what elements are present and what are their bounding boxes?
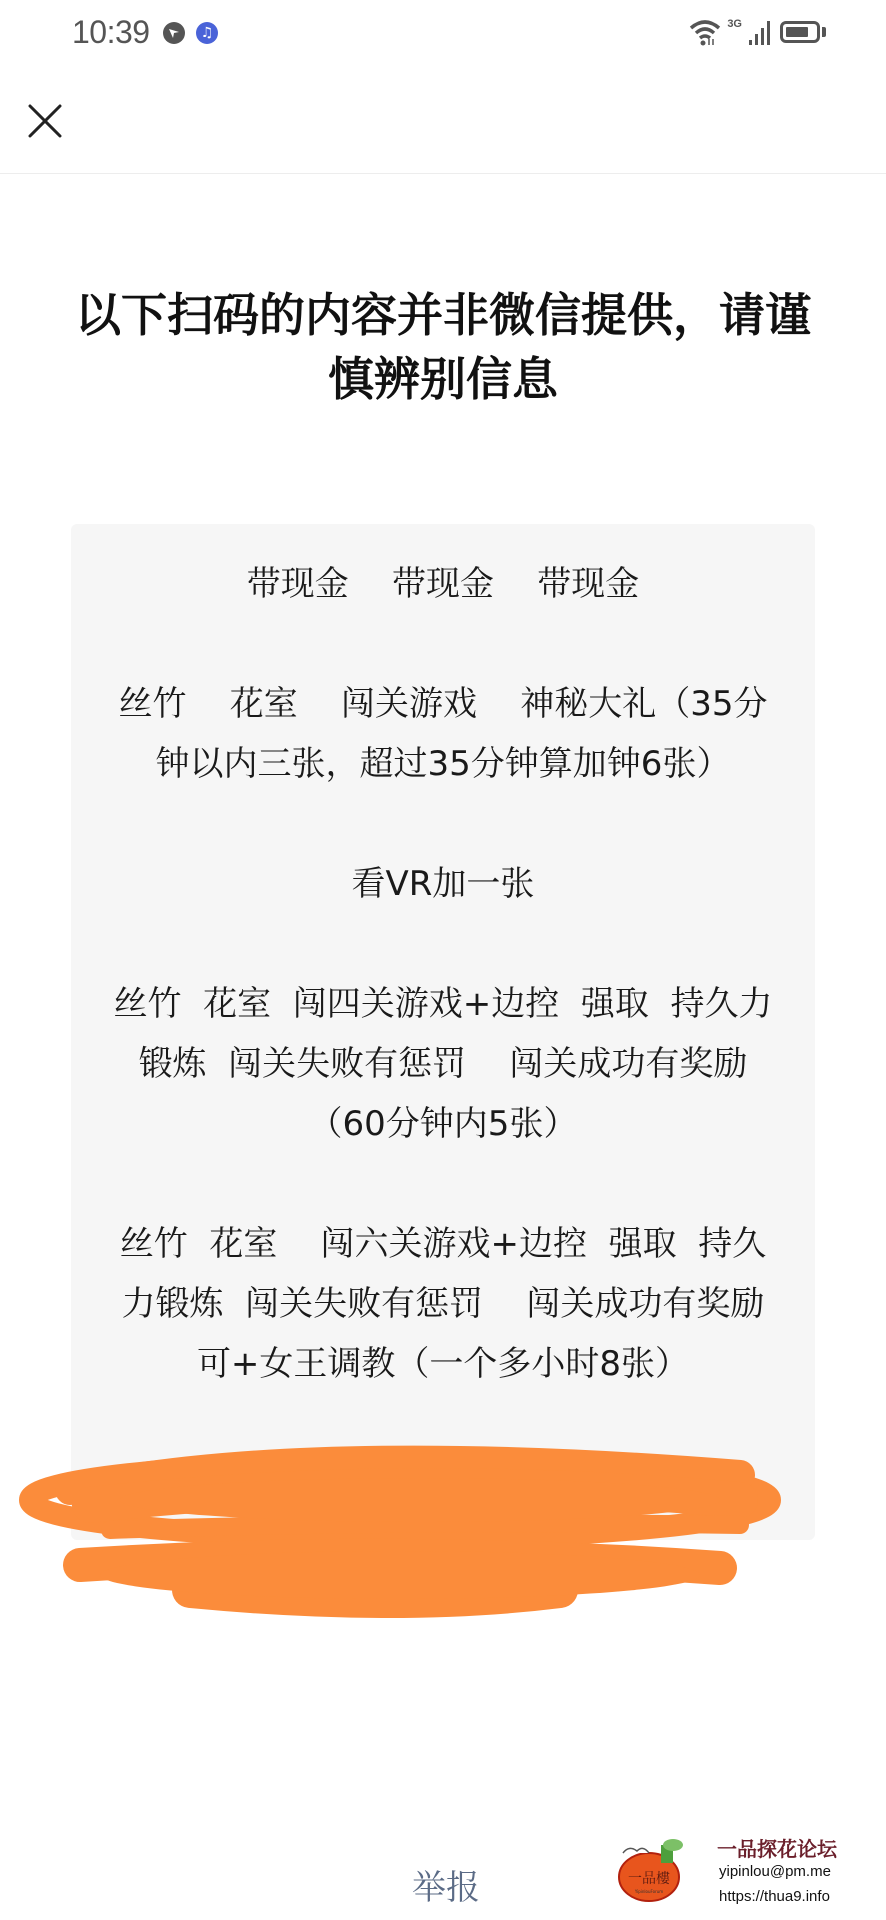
svg-text:YipinlouForum: YipinlouForum	[634, 1889, 663, 1894]
close-icon	[22, 98, 68, 144]
content-paragraph: 带现金 带现金 带现金	[103, 554, 783, 614]
forum-watermark: 一品樓 YipinlouForum 一品探花论坛 yipinlou@pm.me …	[615, 1833, 886, 1920]
battery-icon	[780, 21, 820, 43]
header	[0, 68, 886, 174]
report-link[interactable]: 举报	[412, 1860, 480, 1909]
scanned-content-text: 带现金 带现金 带现金 丝竹 花室 闯关游戏 神秘大礼（35分钟以内三张，超过3…	[103, 554, 783, 1454]
music-icon: ♫	[196, 22, 218, 44]
content-paragraph: 丝竹 花室 闯四关游戏+边控 强取 持久力锻炼 闯关失败有惩罚 闯关成功有奖励（…	[103, 974, 783, 1154]
content-paragraph: 丝竹 花室 闯关游戏 神秘大礼（35分钟以内三张，超过35分钟算加钟6张）	[103, 674, 783, 794]
navigation-icon	[163, 22, 185, 44]
watermark-title: 一品探花论坛	[717, 1833, 837, 1862]
status-time: 10:39	[72, 14, 150, 51]
status-bar: 10:39 ♫ 3G	[0, 0, 886, 68]
close-button[interactable]	[22, 98, 68, 144]
battery-tip	[822, 27, 826, 37]
status-indicators: 3G	[689, 14, 826, 50]
content-paragraph: 看VR加一张	[103, 854, 783, 914]
watermark-email: yipinlou@pm.me	[719, 1863, 831, 1880]
signal-icon	[748, 18, 774, 46]
watermark-url: https://thua9.info	[719, 1888, 830, 1905]
scanned-content-card: 带现金 带现金 带现金 丝竹 花室 闯关游戏 神秘大礼（35分钟以内三张，超过3…	[71, 524, 815, 1540]
forum-logo-icon: 一品樓 YipinlouForum	[615, 1833, 687, 1905]
wifi-icon	[689, 18, 721, 46]
copy-content-link[interactable]: 复制内容	[0, 1566, 886, 1610]
svg-text:一品樓: 一品樓	[628, 1870, 671, 1887]
content-paragraph: 丝竹 花室 闯六关游戏+边控 强取 持久力锻炼 闯关失败有惩罚 闯关成功有奖励 …	[103, 1214, 783, 1394]
warning-title: 以下扫码的内容并非微信提供，请谨慎辨别信息	[60, 283, 826, 411]
network-type: 3G	[727, 18, 742, 30]
